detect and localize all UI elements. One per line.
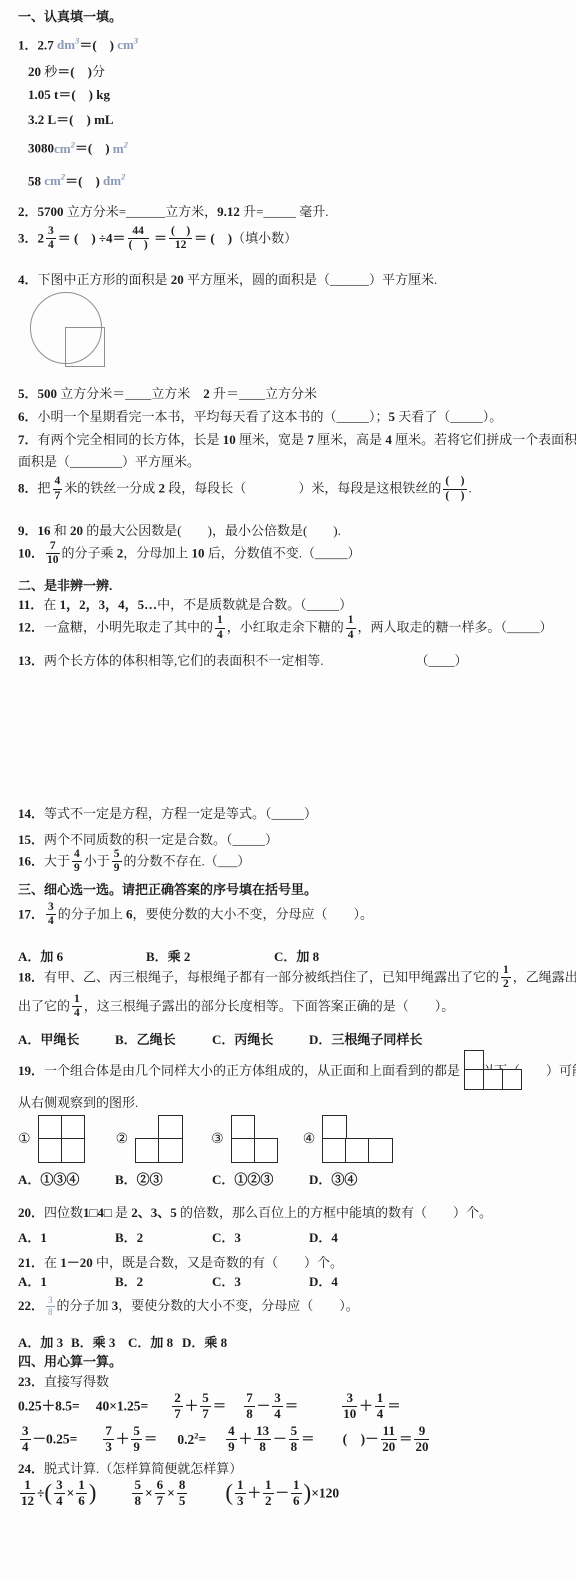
text-segment: 18．	[18, 969, 44, 984]
fraction: 12	[501, 964, 511, 991]
text-segment: 厘米，高是	[317, 432, 385, 447]
section-2-title: 二、是非辨一辨.	[18, 577, 570, 594]
fraction-numerator: 7	[244, 1391, 255, 1407]
shape-option-group: ③	[211, 1115, 283, 1163]
text-segment: 58	[28, 173, 44, 188]
text-segment: 厘米。若将它们拼成一个表面积最大的长方体，表	[395, 432, 576, 447]
q12: 12．一盒糖，小明先取走了其中的14，小红取走余下糖的14，两人取走的糖一样多。…	[18, 615, 570, 642]
text-segment: ＝ ( )	[194, 231, 232, 246]
text-segment: 立方分米＝____立方米	[60, 386, 203, 401]
q18-options: A．甲绳长B．乙绳长C．丙绳长D．三根绳子同样长	[18, 1031, 570, 1048]
text-segment: 等式不一定是方程，方程一定是等式。（_____）	[44, 806, 317, 821]
text-segment: ×	[145, 1485, 153, 1500]
choice-option: C．加 8	[274, 948, 319, 965]
text-segment: .	[469, 481, 472, 496]
fraction-denominator: 4	[20, 1440, 31, 1455]
fraction-numerator: 5	[289, 1424, 300, 1440]
q4: 4．下图中正方形的面积是 20 平方厘米，圆的面积是（______）平方厘米.	[18, 271, 570, 288]
choice-option: C．3	[212, 1229, 309, 1246]
text-segment: 的分子乘	[62, 546, 117, 561]
fraction-denominator: 20	[414, 1440, 429, 1455]
text-segment: ＝( )	[57, 64, 92, 79]
unit-with-superscript: dm2	[103, 173, 125, 188]
shape-cell	[254, 1138, 278, 1162]
text-segment: 升＝____立方分米	[213, 386, 317, 401]
fraction-denominator: 7	[200, 1407, 211, 1422]
fraction: 16	[291, 1478, 302, 1509]
shape-cell	[158, 1115, 182, 1139]
fraction-denominator: 2	[263, 1494, 274, 1509]
text-segment: 21．	[18, 1255, 44, 1270]
text-segment: 的分子加	[57, 1298, 112, 1313]
text-segment: 把	[38, 481, 51, 496]
choice-option: C．①②③	[212, 1171, 309, 1188]
choice-option: D．4	[309, 1229, 338, 1246]
fraction: 44( )	[128, 225, 149, 252]
text-segment: ，乙绳露出了它的	[513, 969, 576, 984]
text-segment: 在	[44, 1255, 60, 1270]
q18-line-1: 18．有甲、乙、丙三根绳子，每根绳子都有一部分被纸挡住了，已知甲绳露出了它的12…	[18, 965, 570, 992]
text-segment: 下图中正方形的面积是	[38, 272, 171, 287]
shape-option-group: ②	[116, 1115, 188, 1163]
text-segment: 15．	[18, 832, 44, 847]
text-segment: 7．	[18, 432, 38, 447]
q23-row-1: 0.25＋8.5=40×1.25=27＋57＝78－34＝310＋14＝	[18, 1392, 570, 1423]
unit-with-superscript: cm2	[44, 173, 65, 188]
fraction-numerator: 4	[226, 1424, 237, 1440]
q7-line-2: 面积是（________）平方厘米。	[18, 453, 570, 470]
text-segment: 10．	[18, 546, 44, 561]
choice-option: A．甲绳长	[18, 1031, 115, 1048]
text-segment: 0.25＋8.5=	[18, 1399, 80, 1414]
q17-options: A．加 6B．乘 2C．加 8	[18, 948, 570, 965]
section-3-title: 三、细心选一选。请把正确答案的序号填在括号里。	[18, 881, 570, 898]
choice-option: B．2	[115, 1229, 212, 1246]
text-segment: ，两人取走的糖一样多。（_____）	[358, 620, 553, 635]
text-segment: 23．	[18, 1374, 44, 1389]
fraction-denominator: 5	[177, 1494, 188, 1509]
fraction: 34	[54, 1478, 65, 1509]
text-segment: ，小红取走余下糖的	[227, 620, 344, 635]
text-segment: 的倍数，那么百位上的方框中能填的数有（ ）个。	[180, 1205, 492, 1220]
fraction-numerator: 7	[46, 540, 60, 554]
text-segment: 3．2	[18, 231, 44, 246]
q24-row: 112÷(34×16)58×67×85(13＋12－16)×120	[18, 1479, 570, 1510]
shape-option-4	[322, 1115, 393, 1163]
unit-exponent: 2	[124, 139, 128, 149]
square-shape	[65, 327, 105, 367]
shape-cell	[345, 1138, 369, 1162]
choice-option: B．2	[115, 1273, 212, 1290]
choice-option: D．三根绳子同样长	[309, 1031, 422, 1048]
q11: 11．在 1，2，3，4，5…中，不是质数就是合数。（_____）	[18, 596, 570, 613]
text-segment: ( )－	[343, 1432, 379, 1447]
text-segment: 3.2 L＝( ) mL	[28, 112, 114, 127]
fraction-numerator: 8	[177, 1478, 188, 1494]
fraction-denominator: 20	[381, 1440, 397, 1455]
text-segment: 6．	[18, 409, 38, 424]
choice-option: C．丙绳长	[212, 1031, 309, 1048]
large-parenthesis: )	[89, 1481, 97, 1504]
text-segment: 有甲、乙、丙三根绳子，每根绳子都有一部分被纸挡住了，已知甲绳露出了它的	[44, 969, 499, 984]
text-segment: 的最大公因数是( )，最小公倍数是( ).	[86, 523, 341, 538]
text-segment: 平方厘米，圆的面积是（______）平方厘米.	[187, 272, 437, 287]
text-segment: 1－20	[60, 1255, 96, 1270]
fraction-numerator: 1	[20, 1478, 35, 1494]
fraction-numerator: 1	[263, 1478, 274, 1494]
text-segment: 有两个完全相同的长方体，长是	[38, 432, 223, 447]
large-parenthesis: (	[225, 1481, 233, 1504]
text-segment: ＋	[239, 1432, 253, 1447]
text-segment: ＝	[213, 1399, 227, 1414]
q22-options: A．加 3B．乘 3C．加 8D．乘 8	[18, 1334, 570, 1351]
fraction-numerator: 3	[20, 1424, 31, 1440]
fraction-numerator: 9	[414, 1424, 429, 1440]
text-segment: 9.12	[217, 204, 243, 219]
q8: 8．把47米的铁丝一分成 2 段，每段长（）米，每段是这根铁丝的( )( ).	[18, 476, 570, 503]
fraction: 14	[215, 614, 225, 641]
q1-unit-t: 1.05 t＝( ) kg	[28, 86, 570, 103]
text-segment: 20	[70, 523, 86, 538]
q10: 10．710的分子乘 2，分母加上 10 后，分数值不变.（_____）	[18, 541, 570, 568]
text-segment: －0.25=	[33, 1432, 78, 1447]
text-segment: 20	[171, 272, 187, 287]
fraction-denominator: 9	[131, 1440, 142, 1455]
fraction-numerator: 13	[254, 1424, 271, 1440]
text-segment: 1.05 t＝( ) kg	[28, 87, 110, 102]
shape-cell	[464, 1050, 484, 1070]
q19-shape-options: ①②③④	[18, 1115, 570, 1163]
text-segment: =	[198, 1432, 206, 1447]
unit-exponent: 3	[134, 36, 138, 46]
fraction-denominator: 8	[289, 1440, 300, 1455]
q1-unit-dm3: 1．2.7 dm3＝( ) cm3	[18, 33, 570, 53]
fraction-denominator: 4	[272, 1407, 283, 1422]
fraction-denominator: 6	[291, 1494, 302, 1509]
text-segment: 的分子加上	[58, 907, 126, 922]
fraction: 112	[20, 1478, 35, 1509]
text-segment: ＝( )	[79, 37, 117, 52]
fraction-numerator: 4	[53, 475, 63, 489]
text-segment: 20．	[18, 1205, 44, 1220]
shape-option-1	[38, 1115, 86, 1163]
fraction-denominator: 6	[76, 1494, 87, 1509]
text-segment: 4	[385, 432, 395, 447]
text-segment: 升=_____ 毫升.	[243, 204, 328, 219]
choice-option: A．①③④	[18, 1171, 115, 1188]
text-segment: 24．	[18, 1461, 44, 1476]
fraction-numerator: 1	[501, 964, 511, 978]
text-segment: 40×1.25=	[96, 1399, 149, 1414]
fraction-denominator: 12	[20, 1494, 35, 1509]
unit-with-superscript: cm3	[117, 37, 138, 52]
shape-option-label: ④	[303, 1131, 316, 1148]
text-segment: 小于	[84, 853, 110, 868]
fraction-numerator: 4	[72, 848, 82, 862]
shape-option-group: ④	[303, 1115, 398, 1163]
text-segment: ＝	[151, 231, 167, 246]
fraction-denominator: 9	[112, 862, 122, 875]
q16: 16．大于49小于59的分数不存在.（___）	[18, 849, 570, 876]
fraction: 85	[177, 1478, 188, 1509]
shape-cell	[158, 1138, 182, 1162]
q23-row-2: 34－0.25=73＋59＝0.22=49＋138－58＝( )－1120＝92…	[18, 1425, 570, 1456]
shape-cell	[322, 1115, 346, 1139]
fraction-denominator: 8	[254, 1440, 271, 1455]
text-segment: 2、3、5	[131, 1205, 180, 1220]
fraction: 34	[20, 1424, 31, 1455]
text-segment: 17．	[18, 907, 44, 922]
text-segment: 5	[389, 409, 399, 424]
fraction-numerator: ( )	[169, 225, 192, 239]
fraction: 310	[342, 1391, 357, 1422]
text-segment: 一、认真填一填。	[18, 9, 122, 24]
q22: 22．38的分子加 3，要使分数的大小不变，分母应（ ）。	[18, 1296, 570, 1318]
shape-cell	[231, 1138, 255, 1162]
large-parenthesis: (	[44, 1481, 52, 1504]
fraction: 710	[46, 540, 60, 567]
text-segment: （填小数）	[232, 231, 297, 246]
text-segment: 面积是（________）平方厘米。	[18, 454, 200, 469]
text-segment: 两个长方体的体积相等,它们的表面积不一定相等.	[44, 653, 324, 668]
fraction-denominator: 10	[46, 554, 60, 567]
section-1-title: 一、认真填一填。	[18, 8, 570, 25]
text-segment: ＝( )	[65, 173, 103, 188]
text-segment: 从右侧观察到的图形.	[18, 1095, 138, 1110]
fraction-denominator: 4	[46, 239, 56, 252]
fraction: 49	[72, 848, 82, 875]
text-segment: 在	[43, 597, 59, 612]
text-segment: 分	[92, 64, 105, 79]
number-with-superscript: 0.22	[177, 1432, 198, 1447]
text-segment: 天看了（_____）。	[398, 409, 502, 424]
text-segment: 10	[192, 546, 208, 561]
text-segment: 厘米，宽是	[239, 432, 307, 447]
shape-cell	[61, 1115, 85, 1139]
text-segment: 小明一个星期看完一本书，平均每天看了这本书的（_____）；	[38, 409, 389, 424]
q24: 24．脱式计算.（怎样算简便就怎样算）	[18, 1460, 570, 1477]
q5: 5．500 立方分米＝____立方米 2 升＝____立方分米	[18, 385, 570, 402]
text-segment: ，分母加上	[123, 546, 191, 561]
fraction-denominator: 4	[54, 1494, 65, 1509]
text-segment: 后，分数值不变.（_____）	[208, 546, 361, 561]
text-segment: 5．500	[18, 386, 60, 401]
text-segment: 13．	[18, 653, 44, 668]
q1-unit-cm2: 3080cm2＝( ) m2	[28, 136, 570, 156]
text-segment: 中，不是质数就是合数。（_____）	[157, 597, 352, 612]
fraction-denominator: 4	[346, 629, 356, 642]
text-segment: 12．	[18, 620, 44, 635]
fraction-denominator: 4	[375, 1407, 386, 1422]
fraction: 13	[235, 1478, 246, 1509]
text-segment: 米的铁丝一分成	[64, 481, 158, 496]
unit-with-superscript: m2	[113, 141, 128, 156]
choice-option: A．1	[18, 1273, 115, 1290]
q17: 17．34的分子加上 6，要使分数的大小不变，分母应（ ）。	[18, 902, 570, 929]
text-segment: ÷	[37, 1485, 44, 1500]
text-segment: 11．	[18, 597, 43, 612]
fraction-denominator: 3	[235, 1494, 246, 1509]
text-segment: 四、用心算一算。	[18, 1354, 122, 1369]
text-segment: ×	[167, 1485, 175, 1500]
q23: 23．直接写得数	[18, 1373, 570, 1390]
choice-option: A．1	[18, 1229, 115, 1246]
q2: 2．5700 立方分米=______立方米，9.12 升=_____ 毫升.	[18, 203, 570, 220]
text-segment: 脱式计算.（怎样算简便就怎样算）	[44, 1461, 242, 1476]
fraction: 57	[200, 1391, 211, 1422]
choice-option: C．加 8	[128, 1334, 182, 1351]
q1-unit-L: 3.2 L＝( ) mL	[28, 111, 570, 128]
choice-option: B．②③	[115, 1171, 212, 1188]
fraction-numerator: 44	[128, 225, 149, 239]
fraction-numerator: 5	[131, 1424, 142, 1440]
fraction: 67	[155, 1478, 166, 1509]
text-segment: 9．16	[18, 523, 54, 538]
text-segment: 中，既是合数，又是奇数的有（ ）个。	[96, 1255, 343, 1270]
fraction: 27	[172, 1391, 183, 1422]
fraction-numerator: 6	[155, 1478, 166, 1494]
text-segment: 1，2，3，4，5…	[60, 597, 158, 612]
fraction: 1120	[381, 1424, 397, 1455]
text-segment: ＋	[359, 1399, 373, 1414]
q21: 21．在 1－20 中，既是合数，又是奇数的有（ ）个。	[18, 1254, 570, 1271]
q1-unit-58cm2: 58 cm2＝( ) dm2	[28, 169, 570, 189]
text-segment: 14．	[18, 806, 44, 821]
fraction-numerator: 3	[46, 901, 56, 915]
fraction: 16	[76, 1478, 87, 1509]
text-segment: 19．	[18, 1062, 44, 1079]
fraction-numerator: 1	[72, 993, 82, 1007]
fraction-numerator: 1	[235, 1478, 246, 1494]
fraction-denominator: 10	[342, 1407, 357, 1422]
fraction-numerator: 3	[46, 225, 56, 239]
fraction-numerator: 3	[46, 1295, 55, 1306]
shape-cell	[368, 1138, 392, 1162]
text-segment: 22．	[18, 1298, 44, 1313]
unit-with-superscript: cm2	[54, 141, 75, 156]
text-segment: ＝	[144, 1432, 158, 1447]
fraction-denominator: ( )	[128, 239, 149, 252]
fraction-denominator: 7	[155, 1494, 166, 1509]
text-segment: ×120	[311, 1485, 339, 1500]
worksheet-page: 一、认真填一填。1．2.7 dm3＝( ) cm320 秒＝( )分1.05 t…	[0, 0, 576, 1578]
fraction: 12	[263, 1478, 274, 1509]
text-segment: －	[273, 1432, 287, 1447]
fraction-numerator: 5	[112, 848, 122, 862]
fraction-numerator: 7	[103, 1424, 114, 1440]
fraction: 14	[72, 993, 82, 1020]
fraction-denominator: 7	[172, 1407, 183, 1422]
fraction-numerator: ( )	[443, 475, 466, 489]
fraction: 920	[414, 1424, 429, 1455]
text-segment: －	[257, 1399, 271, 1414]
fraction: 49	[226, 1424, 237, 1455]
text-segment: 2．5700	[18, 204, 67, 219]
choice-option: A．加 3	[18, 1334, 71, 1351]
q9: 9．16 和 20 的最大公因数是( )，最小公倍数是( ).	[18, 522, 570, 539]
fraction: 78	[244, 1391, 255, 1422]
fraction-numerator: 5	[200, 1391, 211, 1407]
text-segment: ）米，每段是这根铁丝的	[298, 481, 441, 496]
fraction: 59	[112, 848, 122, 875]
fraction-numerator: 2	[172, 1391, 183, 1407]
fraction: 14	[346, 614, 356, 641]
fraction-denominator: 9	[72, 862, 82, 875]
fraction-denominator: ( )	[443, 490, 466, 503]
fraction-numerator: 3	[54, 1478, 65, 1494]
text-segment: ，这三根绳子露出的部分长度相等。下面答案正确的是（ ）。	[84, 999, 455, 1014]
fraction-denominator: 2	[501, 978, 511, 991]
text-segment: 3080	[28, 141, 54, 156]
fraction-denominator: 3	[103, 1440, 114, 1455]
text-segment: 20	[28, 64, 44, 79]
choice-option: D．③④	[309, 1171, 357, 1188]
fraction-denominator: 8	[244, 1407, 255, 1422]
text-segment: ×	[67, 1485, 75, 1500]
text-segment: 出了它的	[18, 999, 70, 1014]
fraction: ( )( )	[443, 475, 466, 502]
text-segment: 16．	[18, 853, 44, 868]
q1-unit-sec: 20 秒＝( )分	[28, 63, 570, 80]
choice-option: C．3	[212, 1273, 309, 1290]
q20: 20．四位数1□4□ 是 2、3、5 的倍数，那么百位上的方框中能填的数有（ ）…	[18, 1204, 570, 1221]
shape-option-group: ①	[18, 1115, 90, 1163]
fraction-denominator: 4	[46, 915, 56, 928]
circle-square-figure	[30, 292, 140, 372]
shape-option-label: ②	[116, 1131, 129, 1148]
q4-figure	[18, 292, 570, 372]
fraction: 59	[131, 1424, 142, 1455]
fraction: ( )12	[169, 225, 192, 252]
fraction-numerator: 1	[346, 614, 356, 628]
fraction-denominator: 9	[226, 1440, 237, 1455]
shape-cell	[38, 1138, 62, 1162]
fraction-numerator: 5	[132, 1478, 143, 1494]
shape-cell	[135, 1138, 159, 1162]
fraction: 58	[289, 1424, 300, 1455]
fraction-denominator: 4	[215, 629, 225, 642]
q20-options: A．1B．2C．3D．4	[18, 1229, 570, 1246]
q21-options: A．1B．2C．3D．4	[18, 1273, 570, 1290]
fraction-numerator: 3	[272, 1391, 283, 1407]
unit-exponent: 2	[121, 172, 125, 182]
q14: 14．等式不一定是方程，方程一定是等式。（_____）	[18, 805, 570, 822]
shape-cell	[502, 1069, 522, 1089]
fraction-muted: 38	[46, 1295, 55, 1317]
q19-line-1: 19．一个组合体是由几个同样大小的正方体组成的，从正面和上面看到的都是，以下（ …	[18, 1050, 570, 1090]
text-segment: ，要使分数的大小不变，分母应（ ）。	[118, 1298, 359, 1313]
text-segment: ＝	[387, 1399, 401, 1414]
choice-option: B．乙绳长	[115, 1031, 212, 1048]
text-segment: 和	[54, 523, 70, 538]
q19-line-2: 从右侧观察到的图形.	[18, 1094, 570, 1111]
section-4-title: 四、用心算一算。	[18, 1353, 570, 1370]
text-segment: 7	[307, 432, 317, 447]
text-segment: 段，每段长（	[168, 481, 246, 496]
fraction-denominator: 4	[72, 1007, 82, 1020]
text-segment: 三、细心选一选。请把正确答案的序号填在括号里。	[18, 882, 317, 897]
text-segment: 8．	[18, 481, 38, 496]
shape-cell	[61, 1138, 85, 1162]
text-segment: ＝	[301, 1432, 315, 1447]
text-segment: ，要使分数的大小不变，分母应（ ）。	[133, 907, 374, 922]
text-segment: 两个不同质数的积一定是合数。（_____）	[44, 832, 278, 847]
text-segment: ＝( )	[75, 141, 113, 156]
text-segment: 一盒糖，小明先取走了其中的	[44, 620, 213, 635]
choice-option: B．乘 2	[146, 948, 274, 965]
q19-options: A．①③④B．②③C．①②③D．③④	[18, 1171, 570, 1188]
text-segment: 四位数	[44, 1205, 83, 1220]
